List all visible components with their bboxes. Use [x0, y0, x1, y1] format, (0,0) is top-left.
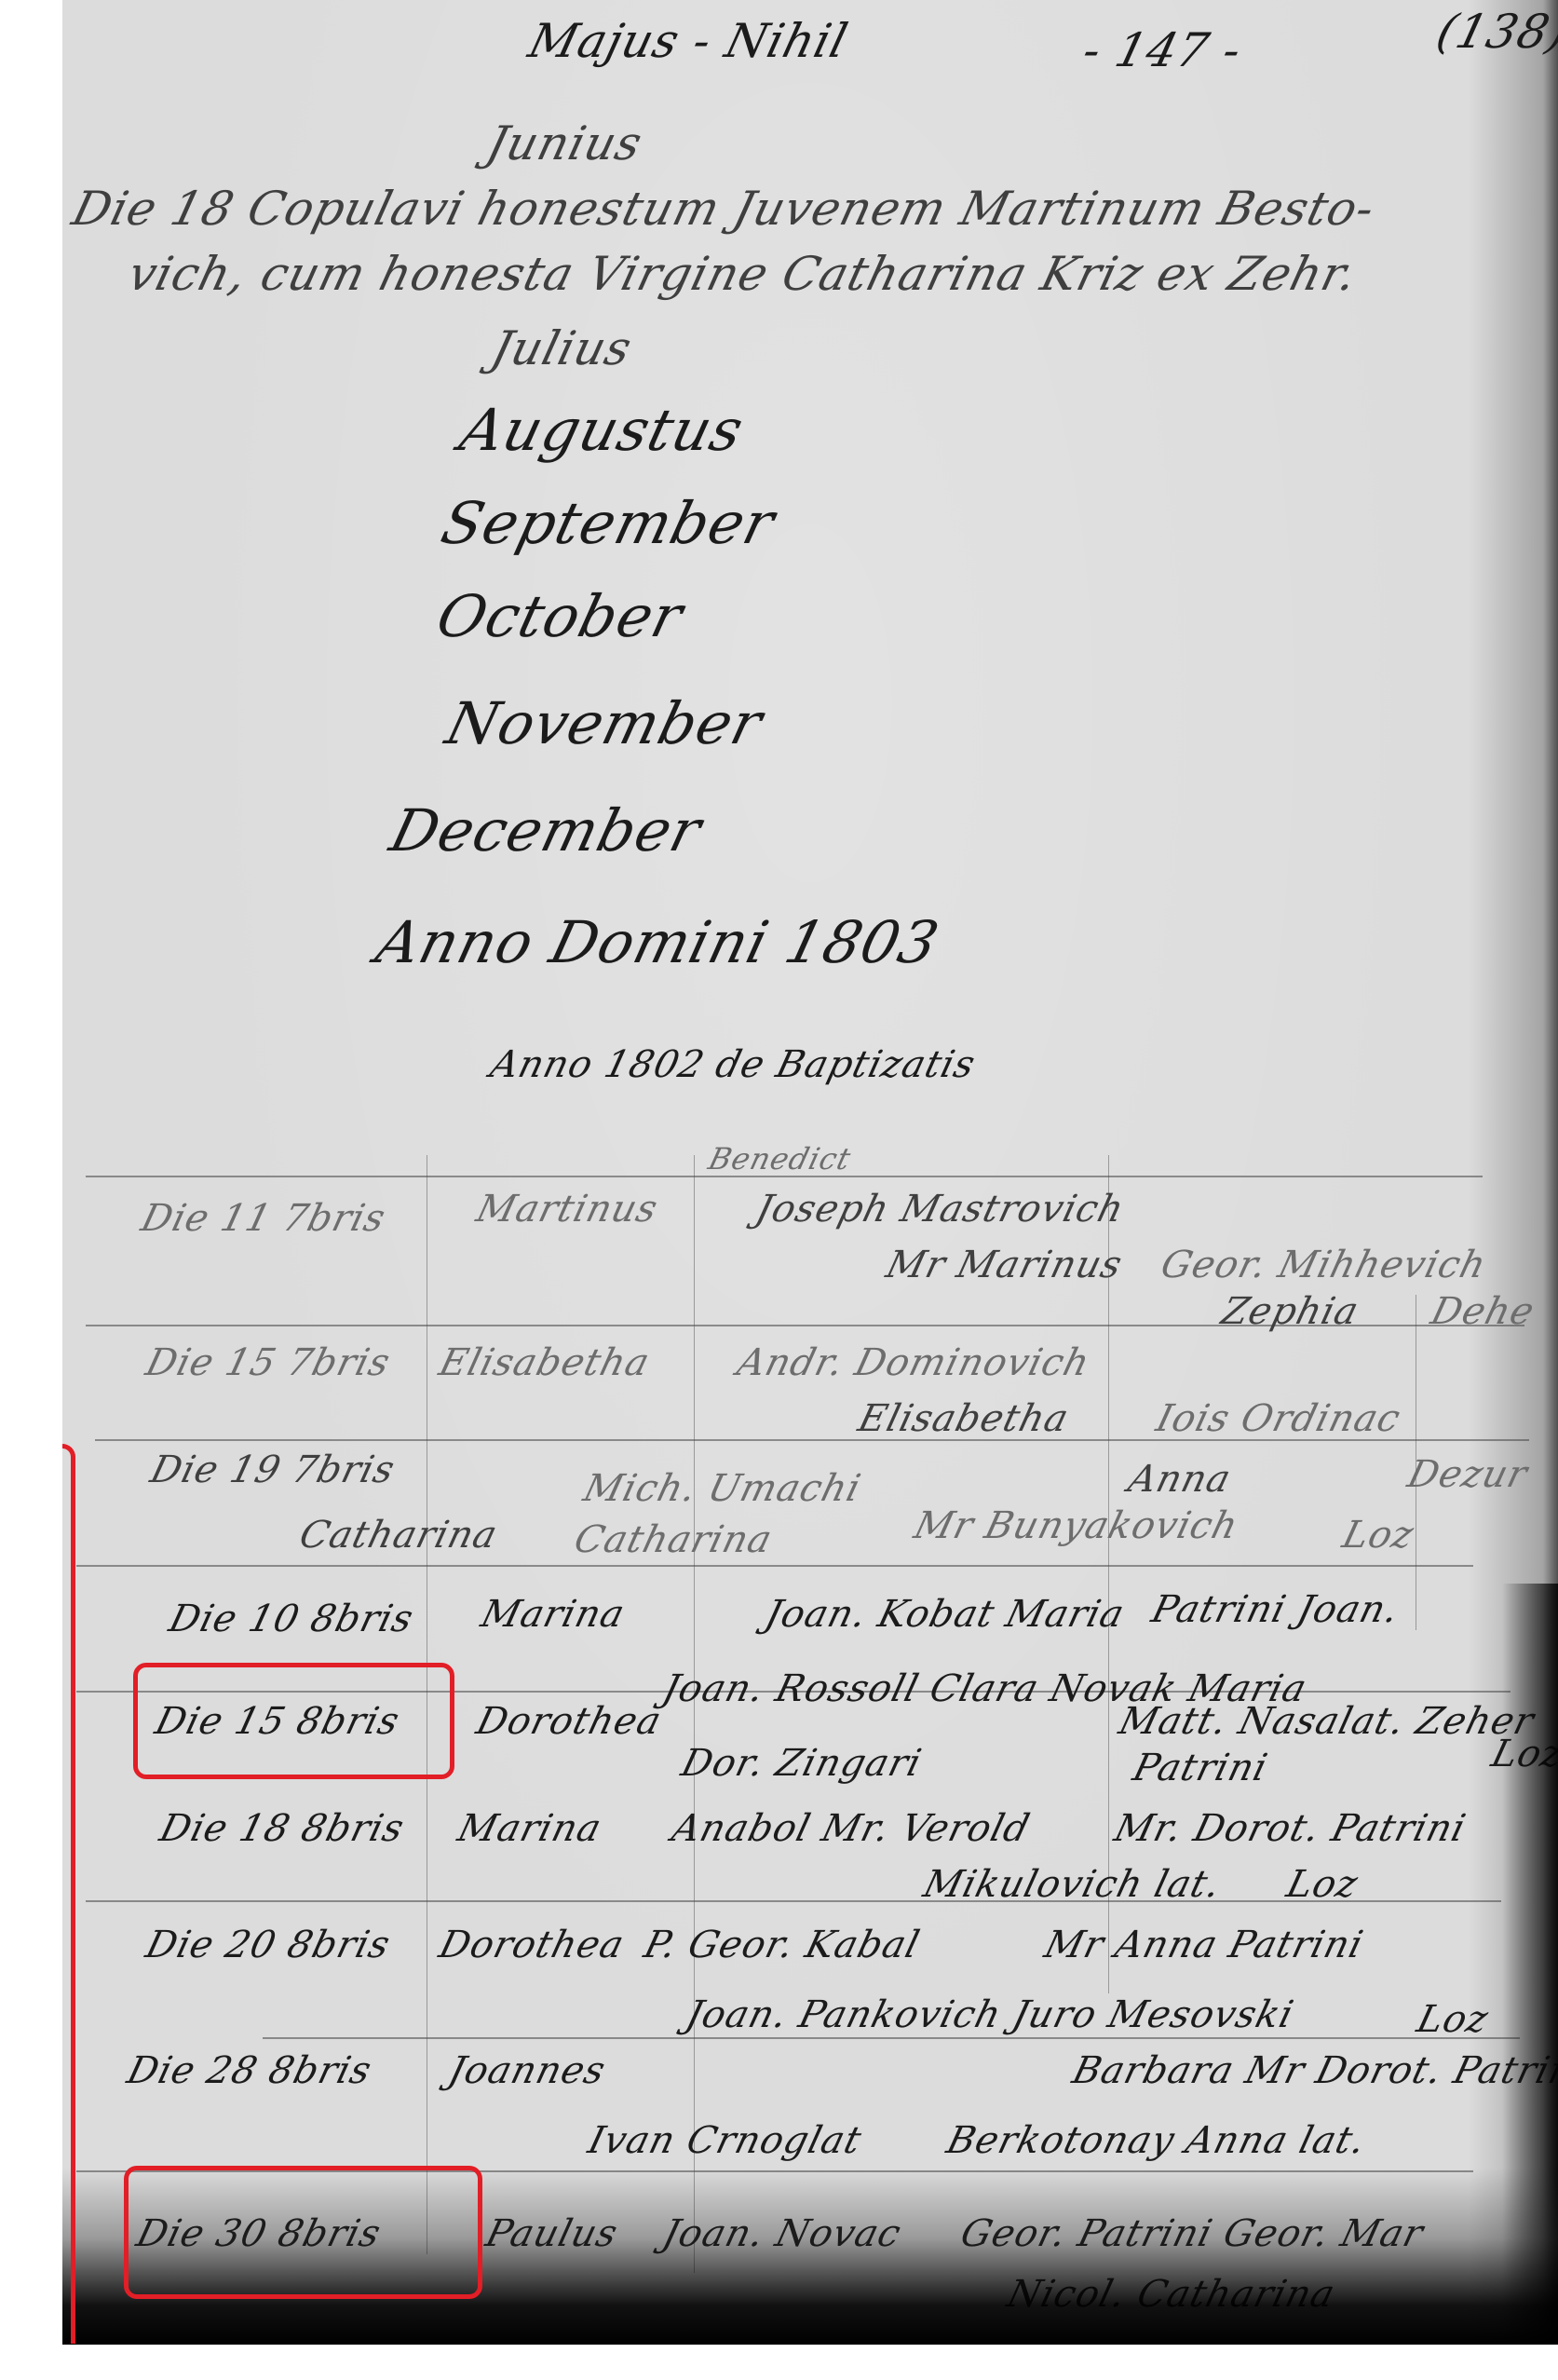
cell-date: Die 18 8bris [156, 1807, 409, 1850]
month-october: October [430, 582, 690, 650]
cell-child: Dorothea [435, 1924, 629, 1966]
highlight-box-die-30 [124, 2166, 482, 2299]
month-september: September [435, 489, 781, 557]
folio-number: - 147 - [1077, 23, 1247, 77]
cell-date: Die 20 8bris [142, 1924, 395, 1966]
cell-parents-2: Elisabetha [854, 1397, 1074, 1440]
cell-extra: Loz [1413, 1998, 1493, 2041]
column-rule [694, 1155, 695, 2273]
cell-extra: Dezur [1403, 1453, 1532, 1496]
left-bracket-annotation [62, 1444, 75, 2344]
manuscript-page: Majus - Nihil - 147 - (138) Junius Die 1… [62, 0, 1558, 2345]
highlight-box-die-15 [133, 1663, 454, 1779]
page-number: (138) [1431, 5, 1558, 59]
cell-child: Joannes [444, 2049, 610, 2092]
cell-date: Die 19 7bris [146, 1448, 400, 1491]
june-entry-line-1: Die 18 Copulavi honestum Juvenem Martinu… [67, 182, 1380, 236]
cell-parents-2: Dor. Zingari [677, 1742, 927, 1785]
table-rule [76, 1565, 1473, 1567]
june-entry-line-2: vich, cum honesta Virgine Catharina Kriz… [123, 247, 1363, 301]
cell-parents: Anabol Mr. Verold [668, 1807, 1035, 1850]
cell-child: Dorothea [472, 1700, 666, 1743]
cell-parents-2: Ivan Crnoglat [584, 2119, 866, 2162]
cell-godparents: Mr Anna Patrini [1040, 1924, 1368, 1966]
cell-parents: P. Geor. Kabal [640, 1924, 925, 1966]
cell-date: Die 28 8bris [123, 2049, 376, 2092]
cell-godparents-2: Mikulovich lat. [919, 1863, 1226, 1906]
cell-godparents: Mr Bunyakovich [910, 1504, 1243, 1547]
cell-date: Die 10 8bris [165, 1598, 418, 1640]
cell-child: Catharina [295, 1514, 502, 1557]
running-title: Majus - Nihil [523, 14, 853, 68]
year-heading: Anno Domini 1803 [370, 908, 946, 976]
month-november: November [440, 689, 769, 757]
cell-parents: Joseph Mastrovich [752, 1188, 1129, 1231]
table-rule [263, 2037, 1520, 2039]
cell-child: Marina [454, 1807, 606, 1850]
month-augustus: Augustus [454, 396, 751, 464]
cell-extra: Loz [1338, 1514, 1418, 1557]
baptism-note-heading: Anno 1802 de Baptizatis [486, 1043, 980, 1086]
cell-parents: Andr. Dominovich [733, 1341, 1094, 1384]
cell-godparents: Patrini Joan. [1147, 1588, 1403, 1631]
cell-godparents: Matt. Nasalat. Zeher [1115, 1700, 1538, 1743]
cell-godparents-2: Zephia [1217, 1290, 1363, 1333]
cell-extra: Dehe [1427, 1290, 1539, 1333]
cell-extra: Loz [1282, 1863, 1362, 1906]
cell-above: Benedict [705, 1141, 855, 1176]
cell-parents: Joan. Pankovich Juro Mesovski [682, 1993, 1298, 2036]
month-julius: Julius [486, 321, 638, 375]
cell-godparents: Iois Ordinac [1152, 1397, 1405, 1440]
cell-child: Mich. Umachi [579, 1467, 865, 1510]
month-junius: Junius [481, 116, 648, 170]
cell-child: Elisabetha [435, 1341, 655, 1384]
cell-godparents: Anna [1124, 1458, 1236, 1501]
cell-child: Martinus [472, 1188, 662, 1231]
cell-parents: Catharina [570, 1518, 777, 1561]
cell-godparents: Mr. Dorot. Patrini [1110, 1807, 1470, 1850]
cell-parents-2: Mr Marinus [882, 1244, 1127, 1286]
cell-godparents-2: Berkotonay Anna lat. [942, 2119, 1370, 2162]
cell-parents: Joan. Kobat Maria [761, 1593, 1129, 1636]
cell-godparents-2: Patrini [1129, 1747, 1272, 1789]
cell-date: Die 11 7bris [137, 1197, 390, 1240]
cell-godparents: Barbara Mr Dorot. Patrini [1068, 2049, 1558, 2092]
cell-child: Marina [477, 1593, 630, 1636]
cell-date: Die 15 7bris [142, 1341, 395, 1384]
month-december: December [384, 796, 709, 864]
cell-godparents: Geor. Mihhevich [1157, 1244, 1491, 1286]
